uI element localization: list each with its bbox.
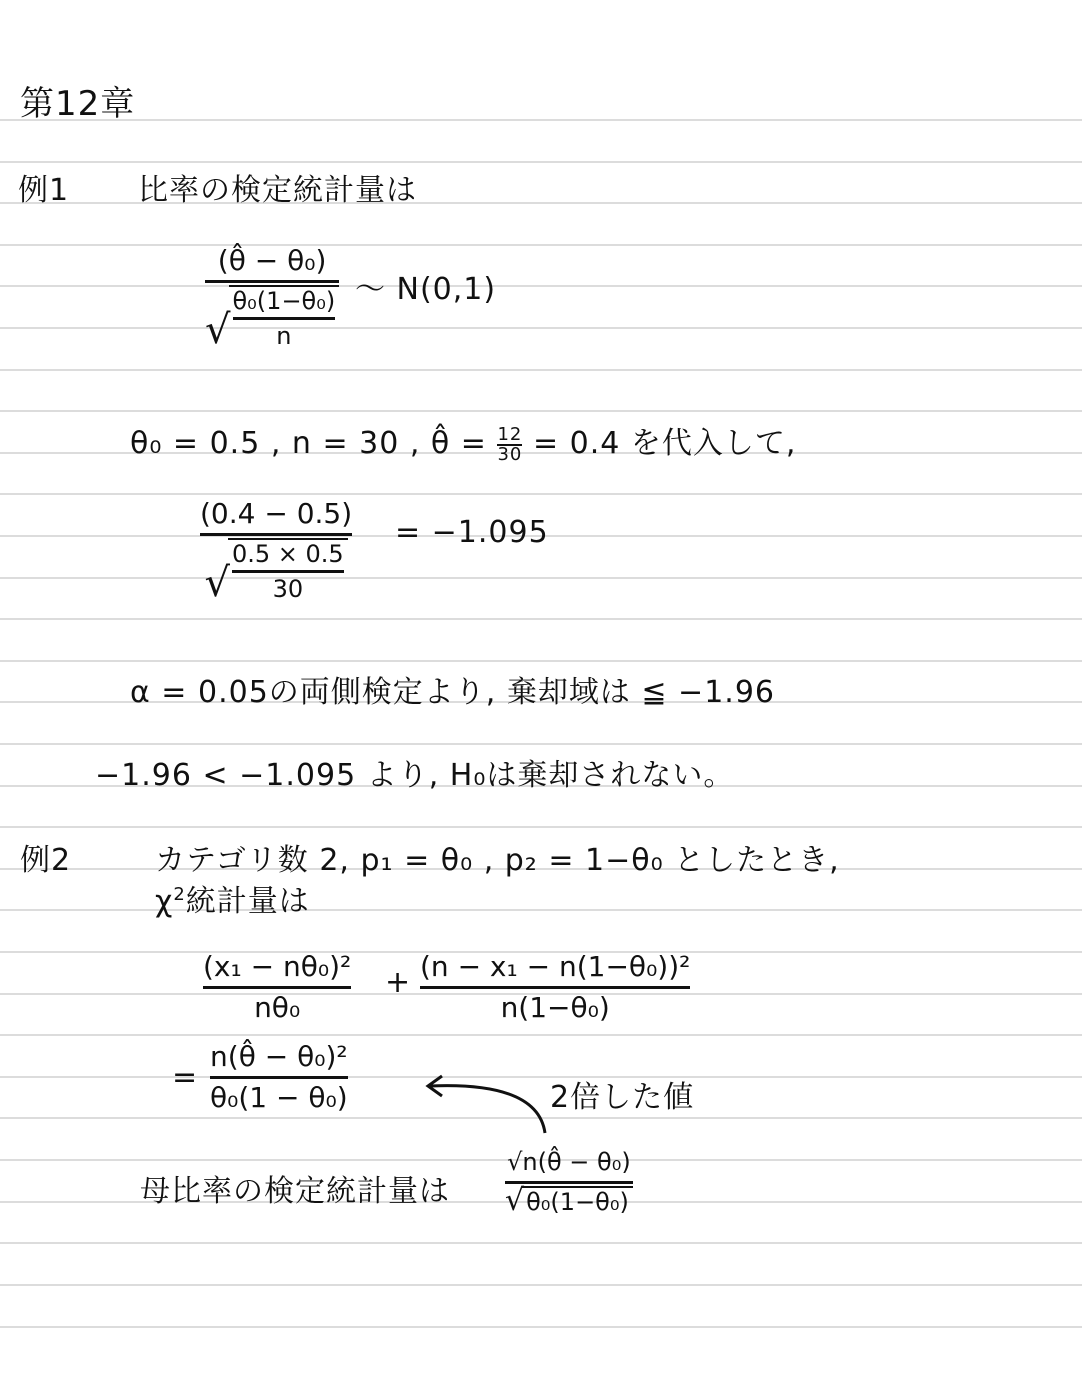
plus-sign: + (385, 965, 411, 1000)
equals-sign: = (172, 1060, 198, 1095)
calc-sqrt: √ 0.5 × 0.5 30 (204, 538, 347, 603)
inline-frac-num: 12 (497, 426, 522, 444)
final-bar (505, 1181, 633, 1184)
sqrt-symbol: √ (205, 310, 231, 350)
calc-fraction-bar (200, 533, 352, 536)
chi-symbol: χ (155, 884, 173, 919)
distribution-rhs: 〜 N(0,1) (355, 264, 496, 308)
sqrt-denominator: n (276, 322, 291, 350)
substitution-text-b: = 0.4 を代入して, (533, 426, 796, 461)
ruled-line (0, 369, 1082, 371)
chi-square-term2: (n − x₁ − n(1−θ₀))² n(1−θ₀) (420, 950, 690, 1025)
ruled-line (0, 577, 1082, 579)
ruled-line (0, 493, 1082, 495)
simplified-numerator: n(θ̂ − θ₀)² (210, 1040, 348, 1074)
chi-exponent: 2 (173, 884, 185, 905)
ruled-line (0, 119, 1082, 121)
ruled-line (0, 1326, 1082, 1328)
sqrt-expression: √ θ₀(1−θ₀) n (205, 285, 339, 350)
ruled-line (0, 826, 1082, 828)
rejection-region-line: α = 0.05の両側検定より, 棄却域は ≦ −1.96 (130, 667, 775, 711)
final-denominator: θ₀(1−θ₀) (526, 1188, 629, 1216)
calc-sqrt-numerator: 0.5 × 0.5 (232, 540, 344, 568)
example1-intro: 比率の検定統計量は (138, 165, 417, 209)
term1-numerator: (x₁ − nθ₀)² (203, 950, 351, 984)
curved-arrow-icon (420, 1068, 550, 1138)
example2-line2: χ2統計量は (155, 876, 310, 920)
calc-sqrt-denominator: 30 (273, 575, 304, 603)
inner-fraction-bar (233, 317, 336, 320)
ruled-line (0, 244, 1082, 246)
ruled-line (0, 285, 1082, 287)
example2-label: 例2 (20, 835, 71, 879)
ruled-line (0, 327, 1082, 329)
ruled-line (0, 618, 1082, 620)
sqrt-numerator: θ₀(1−θ₀) (233, 287, 336, 315)
substitution-line: θ₀ = 0.5 , n = 30 , θ̂ = 12 30 = 0.4 を代入… (130, 418, 796, 464)
ruled-line (0, 660, 1082, 662)
simplified-bar (210, 1076, 348, 1079)
calc-result: = −1.095 (395, 515, 549, 550)
final-statement: 母比率の検定統計量は (140, 1166, 450, 1210)
calc-numerator: (0.4 − 0.5) (200, 497, 352, 531)
chi-square-term1: (x₁ − nθ₀)² nθ₀ (203, 950, 351, 1025)
z-calculation: (0.4 − 0.5) √ 0.5 × 0.5 30 (200, 497, 352, 603)
ruled-line (0, 410, 1082, 412)
example1-label: 例1 (18, 165, 69, 209)
inline-frac-den: 30 (497, 446, 522, 464)
substitution-text-a: θ₀ = 0.5 , n = 30 , θ̂ = (130, 426, 497, 461)
sqrt-symbol: √ (204, 563, 230, 603)
term1-bar (203, 986, 351, 989)
term1-denominator: nθ₀ (254, 991, 300, 1025)
example2-line1: カテゴリ数 2, p₁ = θ₀ , p₂ = 1−θ₀ としたとき, (155, 835, 840, 879)
doubled-value-annotation: 2倍した値 (550, 1072, 694, 1116)
population-proportion-statistic: √n(θ̂ − θ₀) √ θ₀(1−θ₀) (505, 1145, 633, 1216)
term2-bar (420, 986, 690, 989)
ruled-line (0, 1284, 1082, 1286)
term2-numerator: (n − x₁ − n(1−θ₀))² (420, 950, 690, 984)
calc-inner-bar (232, 570, 344, 573)
formula-numerator: (θ̂ − θ₀) (218, 244, 327, 278)
ruled-line (0, 743, 1082, 745)
final-sqrt: √ θ₀(1−θ₀) (505, 1186, 633, 1216)
ruled-line (0, 1242, 1082, 1244)
term2-denominator: n(1−θ₀) (501, 991, 610, 1025)
final-numerator: √n(θ̂ − θ₀) (507, 1145, 631, 1179)
conclusion-line: −1.96 < −1.095 より, H₀は棄却されない。 (95, 750, 734, 794)
ruled-line (0, 1034, 1082, 1036)
line2-suffix: 統計量は (186, 884, 310, 919)
chapter-title: 第12章 (20, 76, 135, 125)
inline-fraction: 12 30 (497, 426, 522, 464)
simplified-denominator: θ₀(1 − θ₀) (210, 1081, 348, 1115)
ruled-line (0, 161, 1082, 163)
simplified-chi-square: n(θ̂ − θ₀)² θ₀(1 − θ₀) (210, 1040, 348, 1115)
proportion-test-statistic-formula: (θ̂ − θ₀) √ θ₀(1−θ₀) n (205, 244, 339, 350)
fraction-bar (205, 280, 339, 283)
